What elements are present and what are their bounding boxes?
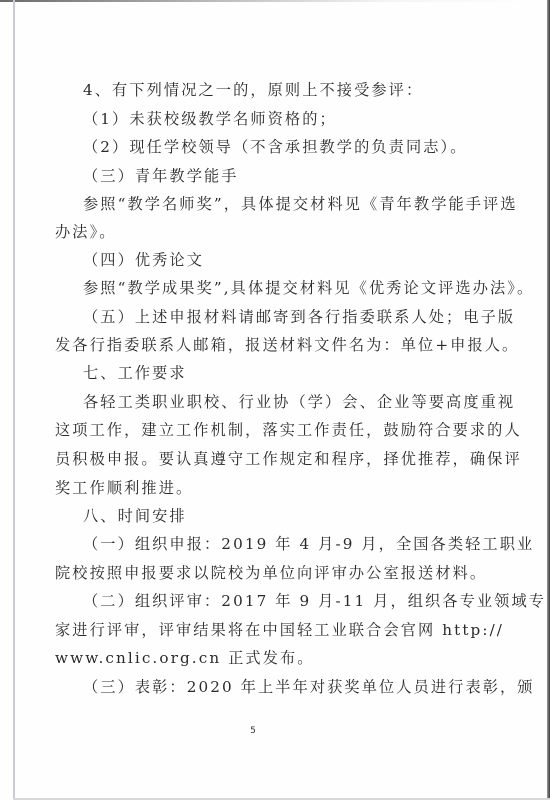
requirements-paragraph-line-3: 员积极申报。要认真遵守工作规定和程序，择优推荐，确保评 xyxy=(55,448,475,470)
rule-4-item-1: （1）未获校级教学名师资格的； xyxy=(83,108,475,130)
section-paper-heading: （四）优秀论文 xyxy=(83,249,475,271)
rule-4-item-2: （2）现任学校领导（不含承担教学的负责同志）。 xyxy=(83,136,475,158)
young-teacher-paragraph-line-1: 参照“教学名师奖”，具体提交材料见《青年教学能手评选 xyxy=(83,193,475,215)
document-page: 4、有下列情况之一的，原则上不接受参评： （1）未获校级教学名师资格的； （2）… xyxy=(0,0,550,800)
scan-edge-top xyxy=(0,0,550,2)
paper-paragraph: 参照“教学成果奖”,具体提交材料见《优秀论文评选办法》。 xyxy=(83,277,475,299)
requirements-paragraph-line-4: 奖工作顺利推进。 xyxy=(55,477,475,499)
schedule-item-2-line-3: www.cnlic.org.cn 正式发布。 xyxy=(55,647,475,669)
schedule-item-1-line-1: （一）组织申报：2019 年 4 月-9 月，全国各类轻工职业 xyxy=(83,533,475,555)
page-number: 5 xyxy=(247,726,259,736)
requirements-paragraph-line-2: 这项工作，建立工作机制，落实工作责任，鼓励符合要求的人 xyxy=(55,419,475,441)
requirements-paragraph-line-1: 各轻工类职业职校、行业协（学）会、企业等要高度重视 xyxy=(83,391,475,413)
submission-paragraph-line-2: 发各行指委联系人邮箱，报送材料文件名为：单位+申报人。 xyxy=(55,334,475,356)
schedule-item-2-line-1: （二）组织评审：2017 年 9 月-11 月，组织各专业领域专 xyxy=(83,590,475,612)
schedule-item-3-line-1: （三）表彰：2020 年上半年对获奖单位人员进行表彰，颁 xyxy=(83,676,475,698)
schedule-item-2-line-2: 家进行评审，评审结果将在中国轻工业联合会官网 http:// xyxy=(55,619,475,641)
rule-4-heading: 4、有下列情况之一的，原则上不接受参评： xyxy=(83,79,475,101)
scan-edge-left xyxy=(13,0,15,800)
submission-paragraph-line-1: （五）上述申报材料请邮寄到各行指委联系人处；电子版 xyxy=(83,306,475,328)
young-teacher-paragraph-line-2: 办法》。 xyxy=(55,221,475,243)
section-8-heading: 八、时间安排 xyxy=(83,505,475,527)
section-young-teacher-heading: （三）青年教学能手 xyxy=(83,165,475,187)
schedule-item-1-line-2: 院校按照申报要求以院校为单位向评审办公室报送材料。 xyxy=(55,562,475,584)
section-7-heading: 七、工作要求 xyxy=(83,362,475,384)
